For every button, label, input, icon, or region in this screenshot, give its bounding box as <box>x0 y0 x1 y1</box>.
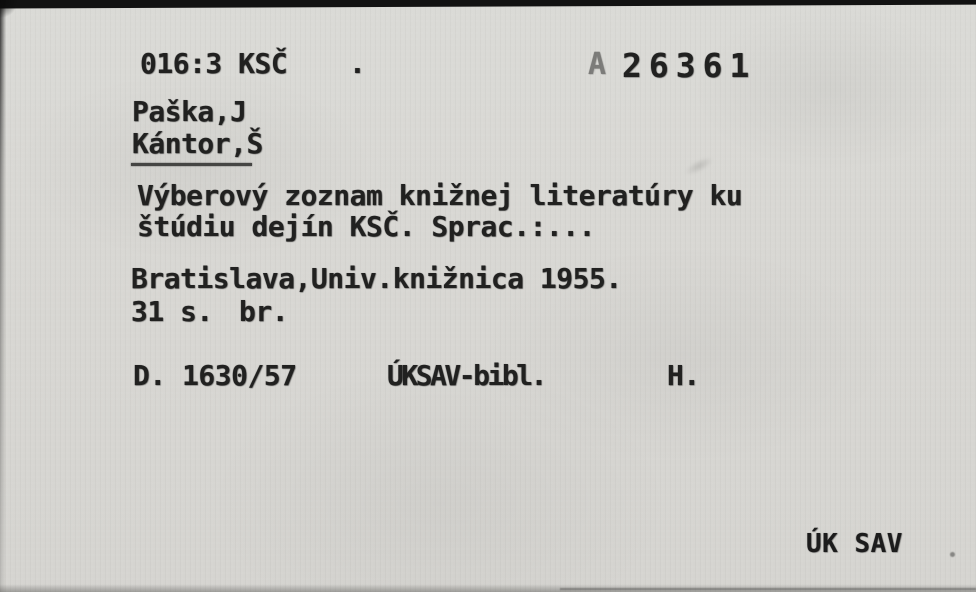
library-code: ÚKSAV-bibl. <box>387 362 545 390</box>
scan-left-edge <box>0 0 6 592</box>
collation-binding: br. <box>239 298 288 326</box>
accession-prefix: A <box>588 51 606 79</box>
author-name-1: Paška,J <box>132 98 247 126</box>
separator-dot: . <box>349 50 365 78</box>
ink-speck <box>950 552 955 557</box>
title-line-2: štúdiu dejín KSČ. Sprac.:... <box>137 213 595 241</box>
catalog-card-scan: 016:3 KSČ . A 26361 Paška,J Kántor,Š Výb… <box>0 0 976 592</box>
classification-number: 016:3 KSČ <box>140 50 287 78</box>
library-stamp: ÚK SAV <box>806 530 903 558</box>
author-name-2: Kántor,Š <box>132 130 263 158</box>
scan-bottom-edge-line <box>560 588 976 590</box>
imprint-line: Bratislava,Univ.knižnica 1955. <box>131 265 622 293</box>
cataloger-initial: H. <box>667 362 700 390</box>
title-line-1: Výberový zoznam knižnej literatúry ku <box>137 182 742 210</box>
accession-number: 26361 <box>622 49 756 82</box>
collation-pages: 31 s. <box>131 298 213 326</box>
author-underline <box>131 163 252 166</box>
record-number: D. 1630/57 <box>133 362 297 390</box>
ink-smudge <box>677 149 722 183</box>
scan-top-edge <box>0 0 976 9</box>
